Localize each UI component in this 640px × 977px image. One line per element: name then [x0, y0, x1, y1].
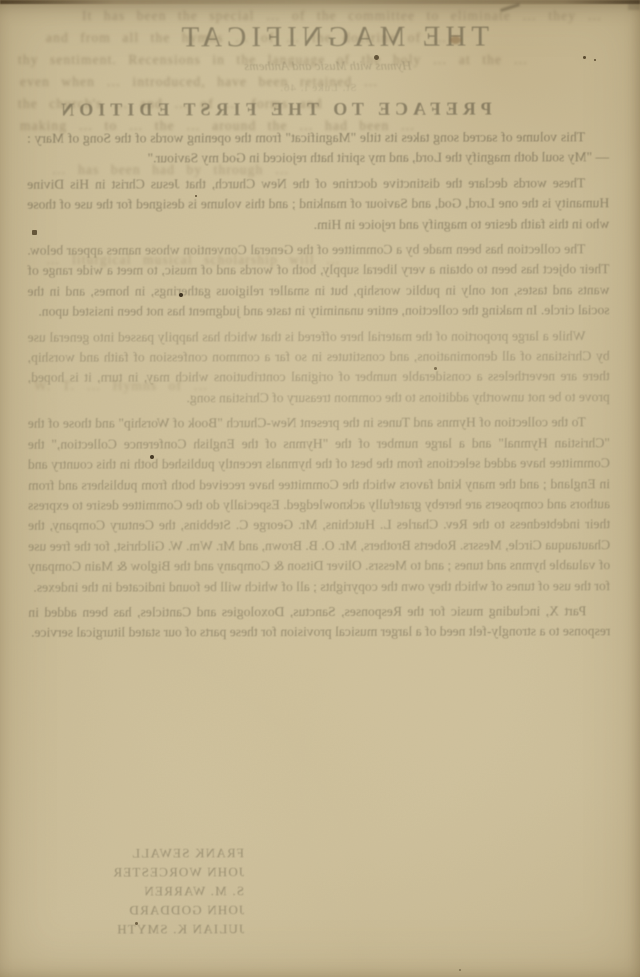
ink-speck [583, 56, 586, 59]
signature-name: FRANK SEWALL [112, 843, 244, 862]
ink-speck [135, 922, 138, 925]
scanned-book-page: It has been the special … of the committ… [0, 0, 640, 977]
preface-paragraph: To the collection of Hymns and Tunes in … [28, 413, 610, 598]
ink-speck [434, 367, 437, 370]
ink-speck [594, 59, 596, 61]
subtitle-bleed: Hymns with Music and Anthems [37, 57, 619, 75]
preface-paragraph: Part X, including music for the Response… [28, 601, 610, 643]
signature-name: S. M. WARREN [112, 881, 244, 900]
signature-name: JOHN GODDARD [112, 900, 244, 919]
preface-paragraph: While a large proportion of the material… [28, 326, 610, 409]
preface-paragraph: These words declare the distinctive doct… [27, 173, 609, 236]
ink-speck [32, 230, 37, 235]
stain [450, 36, 461, 44]
preface-heading-bleed: PREFACE TO THE FIRST EDITION [0, 98, 565, 121]
scripture-reference-bleed: St. Luke i. 46. [27, 81, 609, 95]
preface-paragraph: This volume of sacred song takes its tit… [27, 127, 609, 169]
ink-speck [195, 195, 197, 197]
ink-speck [179, 293, 183, 297]
signature-name: JOHN WORCESTER [112, 862, 244, 881]
mirrored-bleed-layer: THE MAGNIFICAT Hymns with Music and Anth… [0, 0, 640, 977]
preface-paragraph: The collection has been made by a Commit… [27, 239, 609, 322]
scan-mark [628, 0, 640, 10]
page-title-bleed: THE MAGNIFICAT [42, 20, 624, 55]
committee-signatures: FRANK SEWALL JOHN WORCESTER S. M. WARREN… [112, 843, 244, 938]
ink-speck [150, 455, 154, 459]
signature-name: JULIAN K. SMYTH [112, 919, 244, 938]
scan-top-edge [0, 0, 640, 4]
ink-speck [374, 55, 379, 60]
ink-speck [459, 969, 461, 971]
preface-body: This volume of sacred song takes its tit… [27, 127, 610, 648]
